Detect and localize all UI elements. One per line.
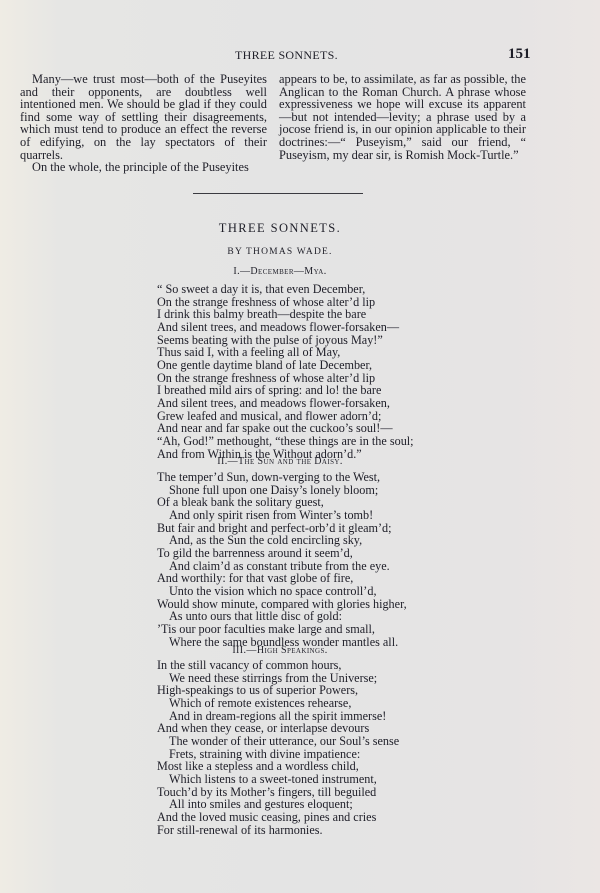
- article-title: THREE SONNETS.: [0, 221, 560, 236]
- poem-line: ’Tis our poor faculties make large and s…: [157, 623, 407, 636]
- poem-line: As unto ours that little disc of gold:: [157, 610, 407, 623]
- poem-line: “ So sweet a day it is, that even Decemb…: [157, 283, 414, 296]
- poem-line: The wonder of their utterance, our Soul’…: [157, 735, 399, 748]
- poem-line: And silent trees, and meadows flower-for…: [157, 321, 414, 334]
- sonnet-heading: III.—High Speakings.: [0, 645, 560, 656]
- section-divider: [193, 193, 363, 194]
- left-column: Many—we trust most—both of the Puseyites…: [20, 73, 267, 174]
- poem-line: And the loved music ceasing, pines and c…: [157, 811, 399, 824]
- right-column: appears to be, to assimilate, as far as …: [279, 73, 526, 161]
- poem-line: And near and far spake out the cuckoo’s …: [157, 422, 414, 435]
- poem-line: All into smiles and gestures eloquent;: [157, 798, 399, 811]
- sonnet-2: The temper’d Sun, down-verging to the We…: [157, 471, 407, 648]
- poem-line: Which of remote existences rehearse,: [157, 697, 399, 710]
- paragraph: Many—we trust most—both of the Puseyites…: [20, 73, 267, 161]
- poem-line: In the still vacancy of common hours,: [157, 659, 399, 672]
- poem-line: For still-renewal of its harmonies.: [157, 824, 399, 837]
- poem-line: Which listens to a sweet-toned instrumen…: [157, 773, 399, 786]
- running-title: THREE SONNETS.: [235, 48, 338, 63]
- page-number: 151: [508, 46, 531, 63]
- poem-line: Unto the vision which no space controll’…: [157, 585, 407, 598]
- book-page: THREE SONNETS. 151 Many—we trust most—bo…: [0, 0, 600, 893]
- running-head: THREE SONNETS. 151: [0, 48, 600, 64]
- sonnet-3: In the still vacancy of common hours,We …: [157, 659, 399, 836]
- sonnet-heading: I.—December—Mya.: [0, 266, 560, 277]
- poem-line: “Ah, God!” methought, “these things are …: [157, 435, 414, 448]
- poem-line: I breathed mild airs of spring: and lo! …: [157, 384, 414, 397]
- poem-line: And silent trees, and meadows flower-for…: [157, 397, 414, 410]
- article-byline: BY THOMAS WADE.: [0, 247, 560, 257]
- paragraph: appears to be, to assimilate, as far as …: [279, 73, 526, 161]
- poem-line: And only spirit risen from Winter’s tomb…: [157, 509, 407, 522]
- poem-line: Most like a stepless and a wordless chil…: [157, 760, 399, 773]
- sonnet-1: “ So sweet a day it is, that even Decemb…: [157, 283, 414, 460]
- poem-line: To gild the barrenness around it seem’d,: [157, 547, 407, 560]
- sonnet-heading: II.—The Sun and the Daisy.: [0, 456, 560, 467]
- paragraph: On the whole, the principle of the Pusey…: [20, 161, 267, 174]
- poem-line: The temper’d Sun, down-verging to the We…: [157, 471, 407, 484]
- poem-line: One gentle daytime bland of late Decembe…: [157, 359, 414, 372]
- poem-line: And worthily: for that vast globe of fir…: [157, 572, 407, 585]
